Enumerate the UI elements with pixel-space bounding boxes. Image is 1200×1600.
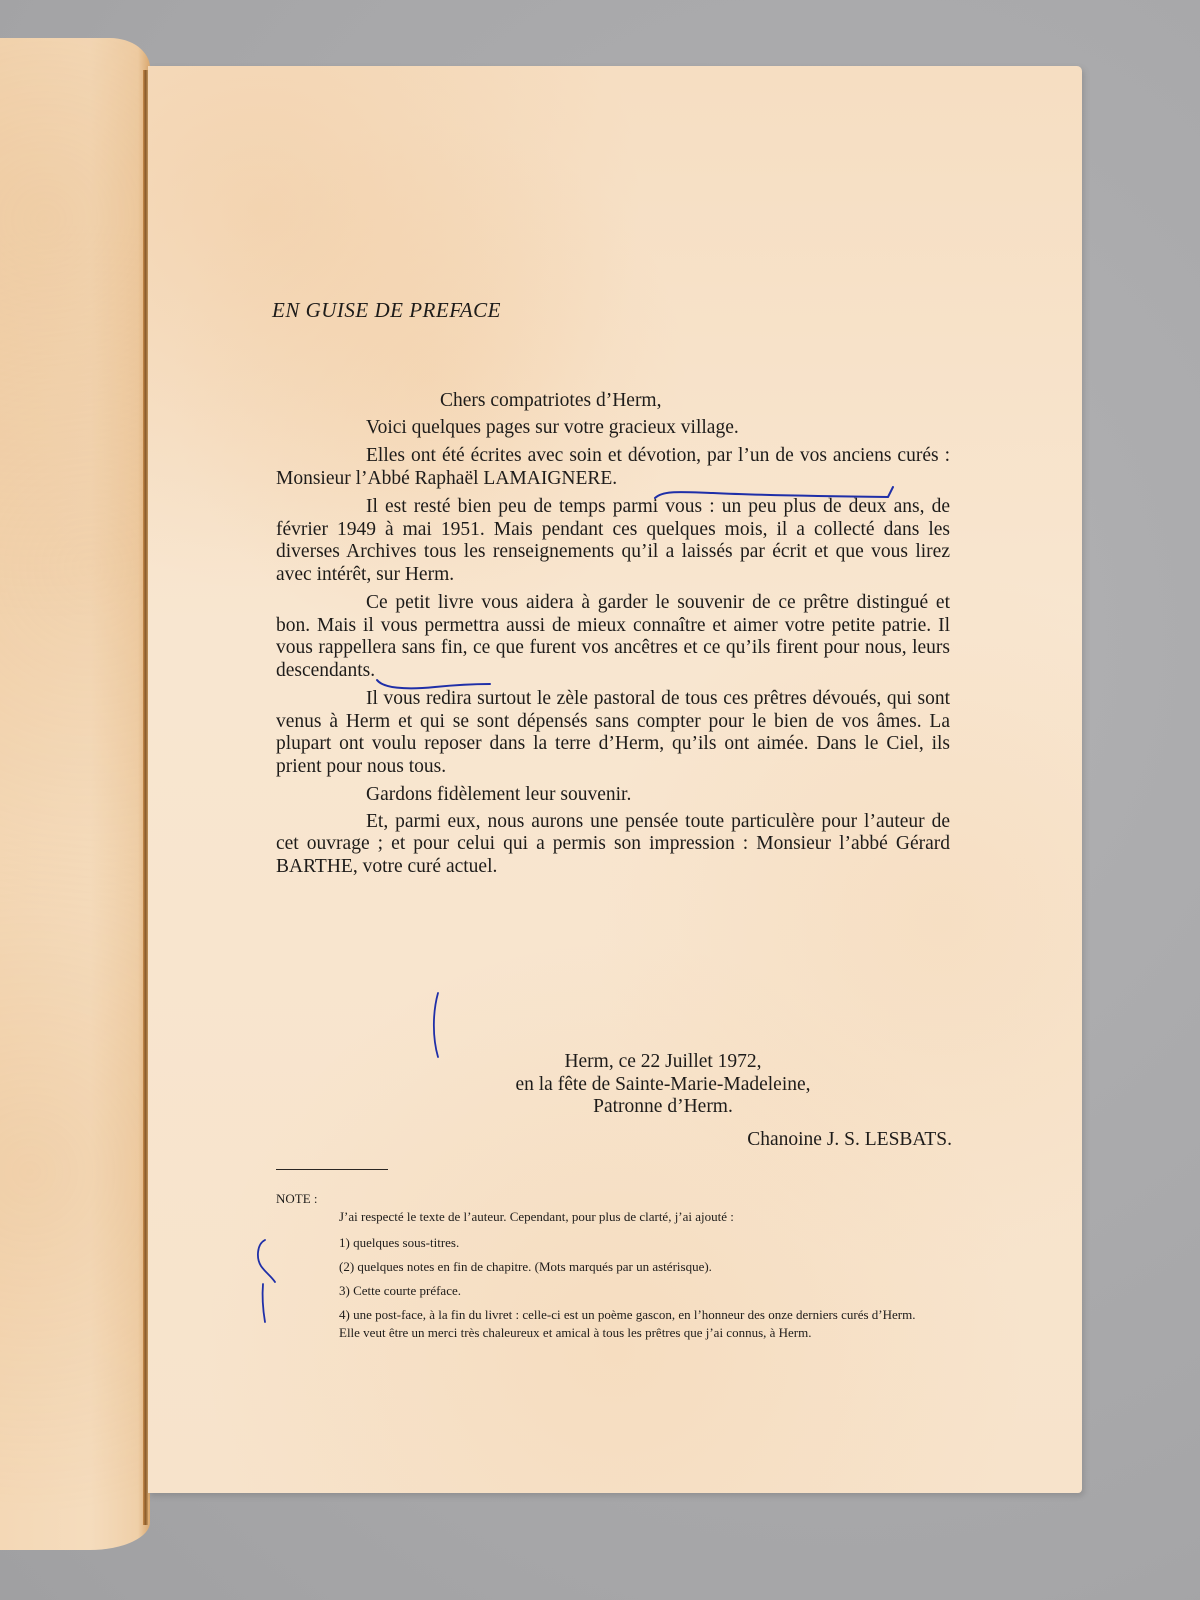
salutation: Chers compatriotes d’Herm, xyxy=(276,390,950,413)
note-closing: Elle veut être un merci très chaleureux … xyxy=(276,1325,950,1341)
note-label: NOTE : xyxy=(276,1191,950,1207)
note-section: NOTE : J’ai respecté le texte de l’auteu… xyxy=(276,1191,950,1343)
footnote-divider xyxy=(276,1169,388,1170)
preface-body: Chers compatriotes d’Herm, Voici quelque… xyxy=(276,390,950,884)
paragraph: Voici quelques pages sur votre gracieux … xyxy=(276,417,950,440)
paragraph: Et, parmi eux, nous aurons une pensée to… xyxy=(276,811,950,879)
note-item: 4) une post-face, à la fin du livret : c… xyxy=(276,1307,950,1323)
signature: Chanoine J. S. LESBATS. xyxy=(747,1129,952,1151)
paragraph: Il vous redira surtout le zèle pastoral … xyxy=(276,688,950,778)
dateline-line: Herm, ce 22 Juillet 1972, xyxy=(276,1051,950,1074)
page-title: EN GUISE DE PREFACE xyxy=(272,298,501,323)
paragraph: Ce petit livre vous aidera à garder le s… xyxy=(276,592,950,682)
right-page: EN GUISE DE PREFACE Chers compatriotes d… xyxy=(148,66,1082,1493)
paragraph: Elles ont été écrites avec soin et dévot… xyxy=(276,445,950,490)
note-item: 3) Cette courte préface. xyxy=(276,1283,950,1299)
note-intro: J’ai respecté le texte de l’auteur. Cepe… xyxy=(276,1209,950,1225)
dateline-line: Patronne d’Herm. xyxy=(276,1096,950,1119)
dateline: Herm, ce 22 Juillet 1972, en la fête de … xyxy=(276,1051,950,1119)
dateline-line: en la fête de Sainte-Marie-Madeleine, xyxy=(276,1074,950,1097)
note-item: 1) quelques sous-titres. xyxy=(276,1235,950,1251)
paragraph: Il est resté bien peu de temps parmi vou… xyxy=(276,496,950,586)
note-item: (2) quelques notes en fin de chapitre. (… xyxy=(276,1259,950,1275)
paragraph: Gardons fidèlement leur souvenir. xyxy=(276,784,950,807)
left-page xyxy=(0,38,150,1550)
